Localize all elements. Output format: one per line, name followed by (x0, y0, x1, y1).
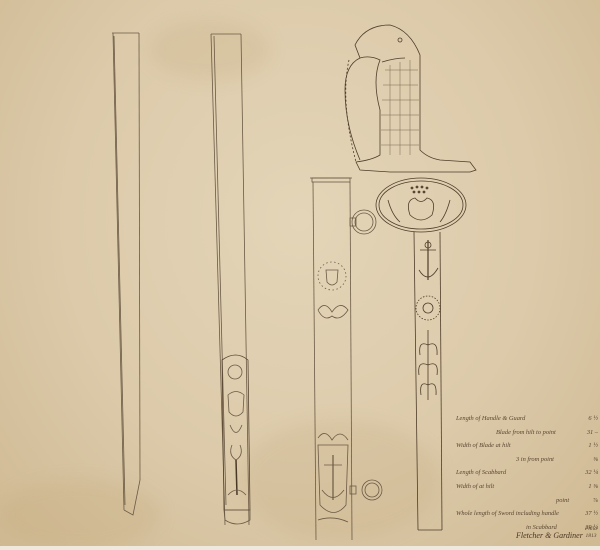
legend-row: Length of Handle & Guard6 ½ (456, 412, 598, 426)
legend-row: point⅞ (456, 494, 598, 508)
legend-row: Width of Blade at hilt1 ½ (456, 439, 598, 453)
paper-edge (0, 546, 600, 550)
scabbard-back (310, 178, 382, 540)
measurements-legend: Length of Handle & Guard6 ½ Blade from h… (456, 412, 598, 534)
legend-row: 3 in from point⅝ (456, 453, 598, 467)
maker-signature: Fletcher & Gardiner (516, 531, 583, 540)
plain-blade (112, 33, 140, 515)
scabbard-front (211, 34, 250, 525)
legend-row: Width of at hilt1 ⅝ (456, 480, 598, 494)
drawing-sheet: Length of Handle & Guard6 ½ Blade from h… (0, 0, 600, 550)
date-mark: Phila 1813 (585, 526, 597, 540)
legend-row: Whole length of Sword including handle37… (456, 507, 598, 521)
legend-row: Blade from hilt to point31 – (456, 426, 598, 440)
legend-row: Length of Scabbard32 ¼ (456, 466, 598, 480)
